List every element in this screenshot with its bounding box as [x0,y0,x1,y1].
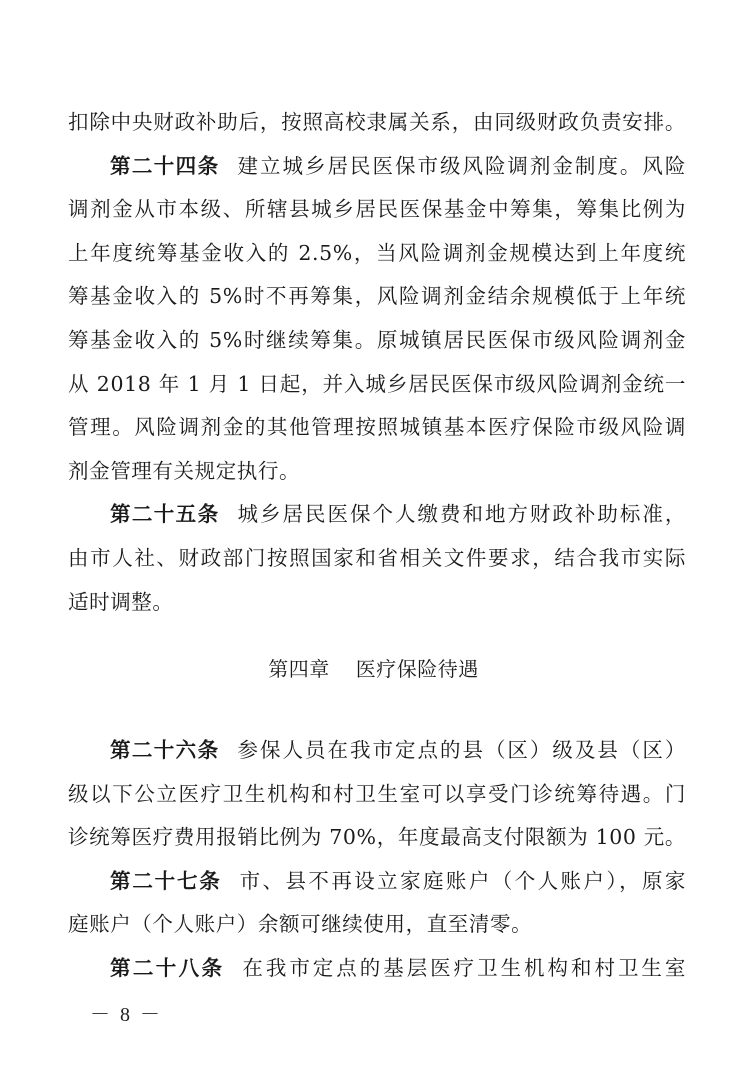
chapter-number: 第四章 [268,657,330,681]
paragraph-line: 由市人社、财政部门按照国家和省相关文件要求，结合我市实际 [68,544,686,572]
article-26-first-line: 第二十六条参保人员在我市定点的县（区）级及县（区） [68,736,686,764]
paragraph-line: 筹基金收入的 5%时不再筹集，风险调剂金结余规模低于上年统 [68,282,686,310]
article-text: 在我市定点的基层医疗卫生机构和村卫生室 [242,956,686,980]
article-25-first-line: 第二十五条城乡居民医保个人缴费和地方财政补助标准， [68,500,686,528]
chapter-heading: 第四章医疗保险待遇 [0,655,747,683]
article-label: 第二十六条 [110,738,219,762]
chapter-title: 医疗保险待遇 [356,657,479,681]
paragraph-line: 庭账户（个人账户）余额可继续使用，直至清零。 [68,910,686,938]
page-number: － 8 － [90,998,160,1027]
article-text: 城乡居民医保个人缴费和地方财政补助标准， [237,502,686,526]
document-body-bottom: 第二十六条参保人员在我市定点的县（区）级及县（区） 级以下公立医疗卫生机构和村卫… [68,736,686,998]
article-label: 第二十八条 [110,956,224,980]
paragraph-line: 管理。风险调剂金的其他管理按照城镇基本医疗保险市级风险调 [68,413,686,441]
document-body-top: 扣除中央财政补助后，按照高校隶属关系，由同级财政负责安排。 第二十四条建立城乡居… [68,108,686,631]
article-24-first-line: 第二十四条建立城乡居民医保市级风险调剂金制度。风险 [68,152,686,180]
article-label: 第二十五条 [110,502,219,526]
article-text: 参保人员在我市定点的县（区）级及县（区） [237,738,686,762]
paragraph-line: 适时调整。 [68,588,686,616]
paragraph-line: 诊统筹医疗费用报销比例为 70%，年度最高支付限额为 100 元。 [68,823,686,851]
paragraph-line: 扣除中央财政补助后，按照高校隶属关系，由同级财政负责安排。 [68,108,686,136]
article-27-first-line: 第二十七条市、县不再设立家庭账户（个人账户），原家 [68,867,686,895]
article-28-first-line: 第二十八条在我市定点的基层医疗卫生机构和村卫生室 [68,954,686,982]
paragraph-line: 从 2018 年 1 月 1 日起，并入城乡居民医保市级风险调剂金统一 [68,370,686,398]
article-label: 第二十七条 [110,869,222,893]
paragraph-line: 上年度统筹基金收入的 2.5%，当风险调剂金规模达到上年度统 [68,239,686,267]
paragraph-line: 剂金管理有关规定执行。 [68,457,686,485]
article-text: 市、县不再设立家庭账户（个人账户），原家 [240,869,686,893]
paragraph-line: 级以下公立医疗卫生机构和村卫生室可以享受门诊统筹待遇。门 [68,780,686,808]
paragraph-line: 调剂金从市本级、所辖县城乡居民医保基金中筹集，筹集比例为 [68,195,686,223]
article-text: 建立城乡居民医保市级风险调剂金制度。风险 [237,154,686,178]
article-label: 第二十四条 [110,154,219,178]
paragraph-line: 筹基金收入的 5%时继续筹集。原城镇居民医保市级风险调剂金 [68,326,686,354]
